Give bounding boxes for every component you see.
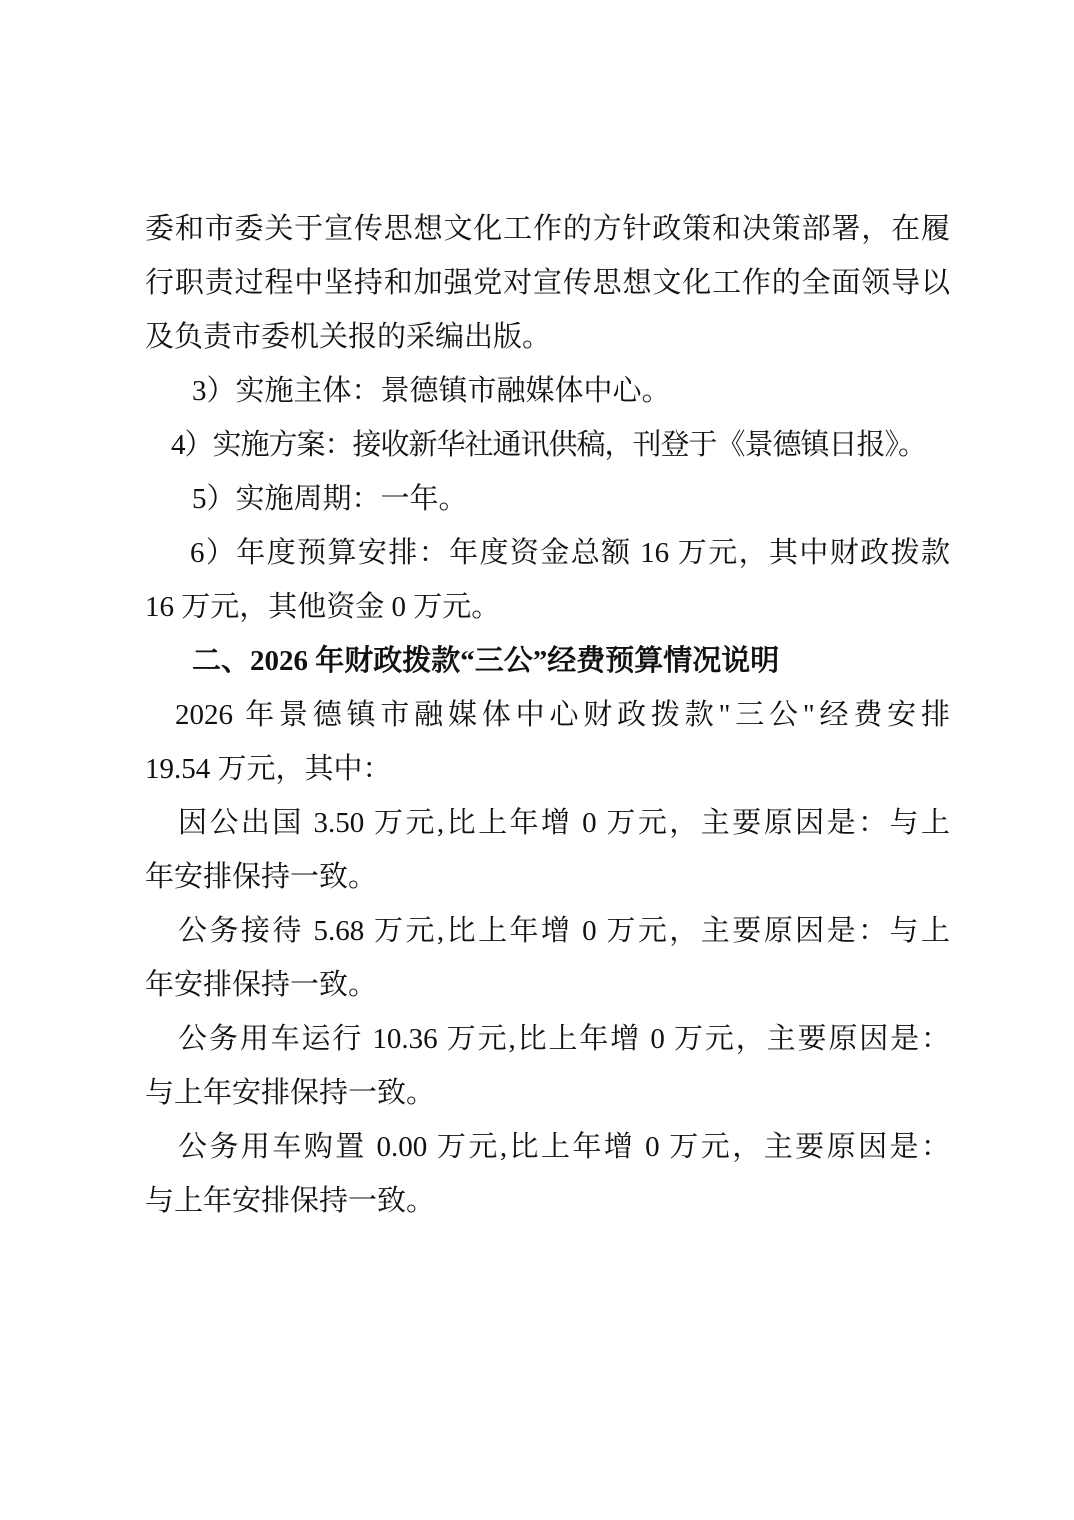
section-heading-text: 二、2026 年财政拨款“三公”经费预算情况说明	[145, 634, 950, 688]
paragraph-official-reception: 公务接待 5.68 万元,比上年增 0 万元，主要原因是：与上 年安排保持一致。	[145, 904, 950, 1012]
list-item-3-implementing-body: 3）实施主体：景德镇市融媒体中心。	[145, 364, 950, 418]
text-line: 公务用车运行 10.36 万元,比上年增 0 万元，主要原因是：	[145, 1012, 950, 1066]
text-line: 因公出国 3.50 万元,比上年增 0 万元，主要原因是：与上	[145, 796, 950, 850]
document-page: 委和市委关于宣传思想文化工作的方针政策和决策部署，在履 行职责过程中坚持和加强党…	[0, 0, 1074, 1520]
text-line: 及负责市委机关报的采编出版。	[145, 310, 950, 364]
paragraph-vehicle-purchase: 公务用车购置 0.00 万元,比上年增 0 万元，主要原因是： 与上年安排保持一…	[145, 1120, 950, 1228]
paragraph-vehicle-operation: 公务用车运行 10.36 万元,比上年增 0 万元，主要原因是： 与上年安排保持…	[145, 1012, 950, 1120]
text-line: 与上年安排保持一致。	[145, 1066, 950, 1120]
paragraph-duties-continuation: 委和市委关于宣传思想文化工作的方针政策和决策部署，在履 行职责过程中坚持和加强党…	[145, 202, 950, 364]
paragraph-overseas-travel: 因公出国 3.50 万元,比上年增 0 万元，主要原因是：与上 年安排保持一致。	[145, 796, 950, 904]
text-line: 公务用车购置 0.00 万元,比上年增 0 万元，主要原因是：	[145, 1120, 950, 1174]
list-item-4-implementation-plan: 4）实施方案：接收新华社通讯供稿，刊登于《景德镇日报》。	[145, 418, 950, 472]
text-line: 3）实施主体：景德镇市融媒体中心。	[145, 364, 950, 418]
list-item-6-annual-budget: 6）年度预算安排：年度资金总额 16 万元，其中财政拨款 16 万元，其他资金 …	[145, 526, 950, 634]
text-line: 年安排保持一致。	[145, 958, 950, 1012]
text-line: 2026 年景德镇市融媒体中心财政拨款"三公"经费安排	[145, 688, 950, 742]
text-line: 行职责过程中坚持和加强党对宣传思想文化工作的全面领导以	[145, 256, 950, 310]
text-line: 与上年安排保持一致。	[145, 1174, 950, 1228]
section-heading-sangong-budget: 二、2026 年财政拨款“三公”经费预算情况说明	[145, 634, 950, 688]
list-item-5-implementation-period: 5）实施周期：一年。	[145, 472, 950, 526]
page-content: 委和市委关于宣传思想文化工作的方针政策和决策部署，在履 行职责过程中坚持和加强党…	[145, 202, 950, 1228]
text-line: 年安排保持一致。	[145, 850, 950, 904]
text-line: 6）年度预算安排：年度资金总额 16 万元，其中财政拨款	[145, 526, 950, 580]
text-line: 4）实施方案：接收新华社通讯供稿，刊登于《景德镇日报》。	[145, 418, 950, 472]
text-line: 5）实施周期：一年。	[145, 472, 950, 526]
paragraph-sangong-total: 2026 年景德镇市融媒体中心财政拨款"三公"经费安排 19.54 万元，其中：	[145, 688, 950, 796]
text-line: 公务接待 5.68 万元,比上年增 0 万元，主要原因是：与上	[145, 904, 950, 958]
text-line: 16 万元，其他资金 0 万元。	[145, 580, 950, 634]
text-line: 19.54 万元，其中：	[145, 742, 950, 796]
text-line: 委和市委关于宣传思想文化工作的方针政策和决策部署，在履	[145, 202, 950, 256]
